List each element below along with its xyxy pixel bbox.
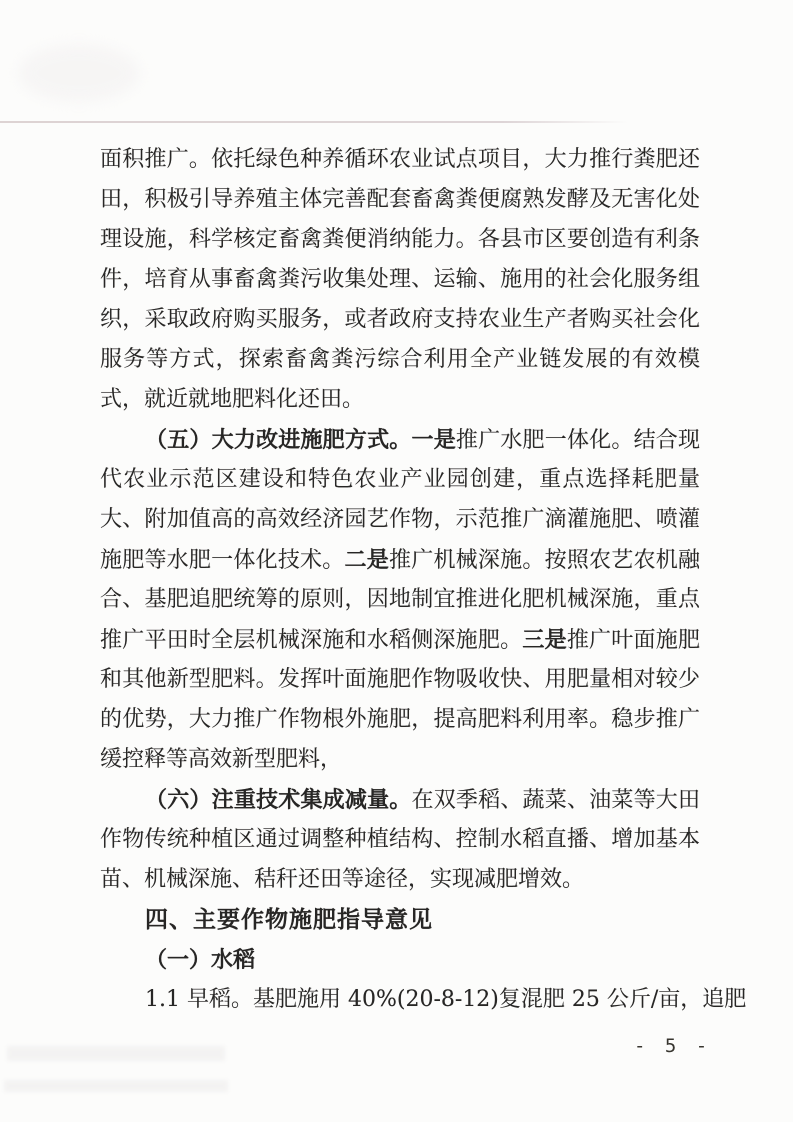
bold-run: （五）大力改进施肥方式。一是 [145,427,456,453]
subsection-heading-rice: （一）水稻 [100,940,700,980]
text-run: 合、基肥追肥统筹的原则，因地制宜推进化肥机械深施，重点 [100,587,700,612]
subsection-heading-6-line: （六）注重技术集成减量。在双季稻、蔬菜、油菜等大田 [100,780,700,820]
section-heading-4: 四、主要作物施肥指导意见 [100,900,700,940]
text-line: 理设施，科学核定畜禽粪便消纳能力。各县市区要创造有利条 [100,220,700,260]
text-line: 织，采取政府购买服务，或者政府支持农业生产者购买社会化 [100,300,700,340]
text-run: 在双季稻、蔬菜、油菜等大田 [412,788,701,813]
text-line: 缓控释等高效新型肥料， [100,740,700,780]
document-body: 面积推广。依托绿色种养循环农业试点项目，大力推行粪肥还 田，积极引导养殖主体完善… [100,140,700,1020]
bold-run: （六）注重技术集成减量。 [145,787,412,813]
bold-run: （一）水稻 [145,947,255,973]
scan-line-artifact [0,121,628,123]
text-line: 作物传统种植区通过调整种植结构、控制水稻直播、增加基本 [100,820,700,860]
subsection-heading-5-line: （五）大力改进施肥方式。一是推广水肥一体化。结合现 [100,420,700,460]
text-line: 施肥等水肥一体化技术。二是推广机械深施。按照农艺农机融 [100,540,700,580]
scanned-document-page: 面积推广。依托绿色种养循环农业试点项目，大力推行粪肥还 田，积极引导养殖主体完善… [0,0,793,1122]
text-run: 1.1 早稻。基肥施用 40%(20-8-12)复混肥 25 公斤/亩，追肥 [145,987,746,1012]
text-line: 件，培育从事畜禽粪污收集处理、运输、施用的社会化服务组 [100,260,700,300]
text-run: 推广机械深施。按照农艺农机融 [389,548,700,573]
text-line: 的优势，大力推广作物根外施肥，提高肥料利用率。稳步推广 [100,700,700,740]
text-run: 和其他新型肥料。发挥叶面施肥作物吸收快、用肥量相对较少 [100,667,700,692]
scan-band-artifact [7,1046,225,1061]
heading-run: 四、主要作物施肥指导意见 [145,907,433,933]
text-run: 理设施，科学核定畜禽粪便消纳能力。各县市区要创造有利条 [100,227,700,252]
text-run: 大、附加值高的高效经济园艺作物，示范推广滴灌施肥、喷灌 [100,507,700,532]
bold-run: 二是 [345,547,389,573]
page-number: - 5 - [634,1035,711,1057]
text-line: 苗、机械深施、秸秆还田等途径，实现减肥增效。 [100,860,700,900]
text-line: 面积推广。依托绿色种养循环农业试点项目，大力推行粪肥还 [100,140,700,180]
text-run: 推广水肥一体化。结合现 [456,428,700,453]
text-run: 苗、机械深施、秸秆还田等途径，实现减肥增效。 [100,867,584,892]
text-line: 和其他新型肥料。发挥叶面施肥作物吸收快、用肥量相对较少 [100,660,700,700]
text-run: 式，就近就地肥料化还田。 [100,387,364,412]
text-line: 合、基肥追肥统筹的原则，因地制宜推进化肥机械深施，重点 [100,580,700,620]
text-run: 缓控释等高效新型肥料， [100,747,342,772]
text-run: 织，采取政府购买服务，或者政府支持农业生产者购买社会化 [100,307,700,332]
text-run: 作物传统种植区通过调整种植结构、控制水稻直播、增加基本 [100,827,700,852]
text-run: 施肥等水肥一体化技术。 [100,548,345,573]
text-line: 式，就近就地肥料化还田。 [100,380,700,420]
text-line: 服务等方式，探索畜禽粪污综合利用全产业链发展的有效模 [100,340,700,380]
text-line: 大、附加值高的高效经济园艺作物，示范推广滴灌施肥、喷灌 [100,500,700,540]
scan-band-artifact [4,1080,228,1092]
body-line-early-rice: 1.1 早稻。基肥施用 40%(20-8-12)复混肥 25 公斤/亩，追肥 [100,980,700,1020]
text-run: 服务等方式，探索畜禽粪污综合利用全产业链发展的有效模 [100,347,700,372]
bold-run: 三是 [522,627,566,653]
text-run: 的优势，大力推广作物根外施肥，提高肥料利用率。稳步推广 [100,707,700,732]
text-line: 代农业示范区建设和特色农业产业园创建，重点选择耗肥量 [100,460,700,500]
scan-smudge-artifact [18,44,140,102]
text-run: 推广平田时全层机械深施和水稻侧深施肥。 [100,628,522,653]
text-run: 代农业示范区建设和特色农业产业园创建，重点选择耗肥量 [100,467,700,492]
text-run: 推广叶面施肥 [567,628,700,653]
text-line: 田，积极引导养殖主体完善配套畜禽粪便腐熟发酵及无害化处 [100,180,700,220]
text-run: 件，培育从事畜禽粪污收集处理、运输、施用的社会化服务组 [100,267,700,292]
text-run: 面积推广。依托绿色种养循环农业试点项目，大力推行粪肥还 [100,147,700,172]
text-line: 推广平田时全层机械深施和水稻侧深施肥。三是推广叶面施肥 [100,620,700,660]
text-run: 田，积极引导养殖主体完善配套畜禽粪便腐熟发酵及无害化处 [100,187,700,212]
